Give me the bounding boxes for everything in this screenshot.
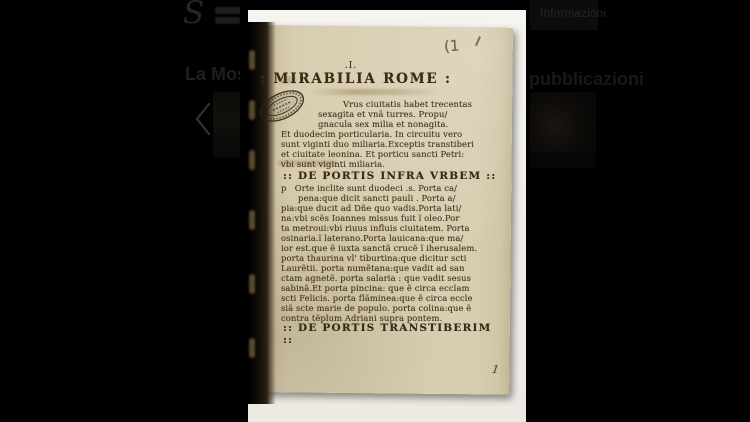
carousel-thumbnail-right[interactable]	[528, 92, 596, 152]
text-line: ctam agnetẽ. porta salaria : que vadit s…	[281, 273, 499, 283]
text-line: p Orte inclite sunt duodeci .s. Porta ca…	[281, 183, 499, 193]
text-line: sexagita et vnã turres. Propu/	[281, 109, 499, 119]
thumbnail-caption-area	[528, 152, 596, 168]
carousel-prev-button[interactable]	[191, 100, 215, 138]
book-title: : MIRABILIA ROME :	[255, 71, 457, 87]
text-line: Et duodecim porticularia. In circuitu ve…	[281, 129, 499, 139]
text-line: ior est.que ẽ iuxta sanctã crucẽ ĩ iheru…	[281, 243, 499, 253]
site-logo-text-line	[215, 17, 240, 24]
text-line: gnacula sex milia et nonagita.	[281, 119, 499, 129]
folio-mark-top: (1	[443, 36, 460, 55]
heading-de-portis-transtiberim: :: DE PORTIS TRANSTIBERIM ::	[283, 322, 501, 346]
text-line: vbi sunt viginti miliaria.	[281, 159, 499, 169]
chevron-left-icon	[191, 100, 215, 138]
nav-item-informazioni[interactable]: Informazioni	[540, 8, 606, 20]
binding-stitch	[249, 100, 255, 120]
paragraph-porte-inclite: p Orte inclite sunt duodeci .s. Porta ca…	[281, 183, 499, 323]
text-line: Vrus ciuitatis habet trecentas	[281, 99, 499, 109]
text-line: siã scte marie de populo. porta colina:q…	[281, 303, 499, 313]
binding-stitch	[249, 210, 255, 230]
text-line: osinaria.ĩ laterano.Porta lauicana:que m…	[281, 233, 499, 243]
lightbox-overlay: S Informazioni La Mostra pubblicazioni	[0, 0, 750, 422]
paragraph-urbs-ciuitatis: Vrus ciuitatis habet trecentassexagita e…	[281, 99, 499, 169]
headline-pubblicazioni: pubblicazioni	[529, 69, 644, 90]
site-logo-icon: S	[183, 0, 204, 31]
text-line: ta metroui:vbi riuus influis ciuitatem. …	[281, 223, 499, 233]
ink-bleed-through	[310, 89, 440, 95]
text-line: pia:que ducit ad Dñe quo vadis.Porta lat…	[281, 203, 499, 213]
text-line: na:vbi scẽs Ioannes missus fuit ĩ oleo.P…	[281, 213, 499, 223]
heading-de-portis-infra-urbem: :: DE PORTIS INFRA VRBEM ::	[283, 170, 501, 182]
binding-stitch	[249, 50, 255, 70]
text-line: sunt viginti duo miliaria.Exceptis trans…	[281, 139, 499, 149]
binding-stitch	[249, 150, 255, 170]
text-line: et ciuitate leonina. Et porticu sancti P…	[281, 149, 499, 159]
text-line: scti Felicis. porta flãminea:que ẽ circa…	[281, 293, 499, 303]
text-line: porta thaurina vl' tiburtina:que dicitur…	[281, 253, 499, 263]
book-page-photo[interactable]: (1 .I. : MIRABILIA ROME : Vrus ciuitatis…	[240, 0, 530, 422]
binding-stitch	[249, 274, 255, 294]
text-line: pena:que dicit sancti pauli . Porta a/	[281, 193, 499, 203]
text-line: Laurẽtii. porta numẽtana:que vadit ad sa…	[281, 263, 499, 273]
binding-stitch	[249, 338, 255, 358]
chapter-number: .I.	[311, 61, 391, 71]
text-line: sabinã.Et porta pincina: que ẽ circa ecc…	[281, 283, 499, 293]
